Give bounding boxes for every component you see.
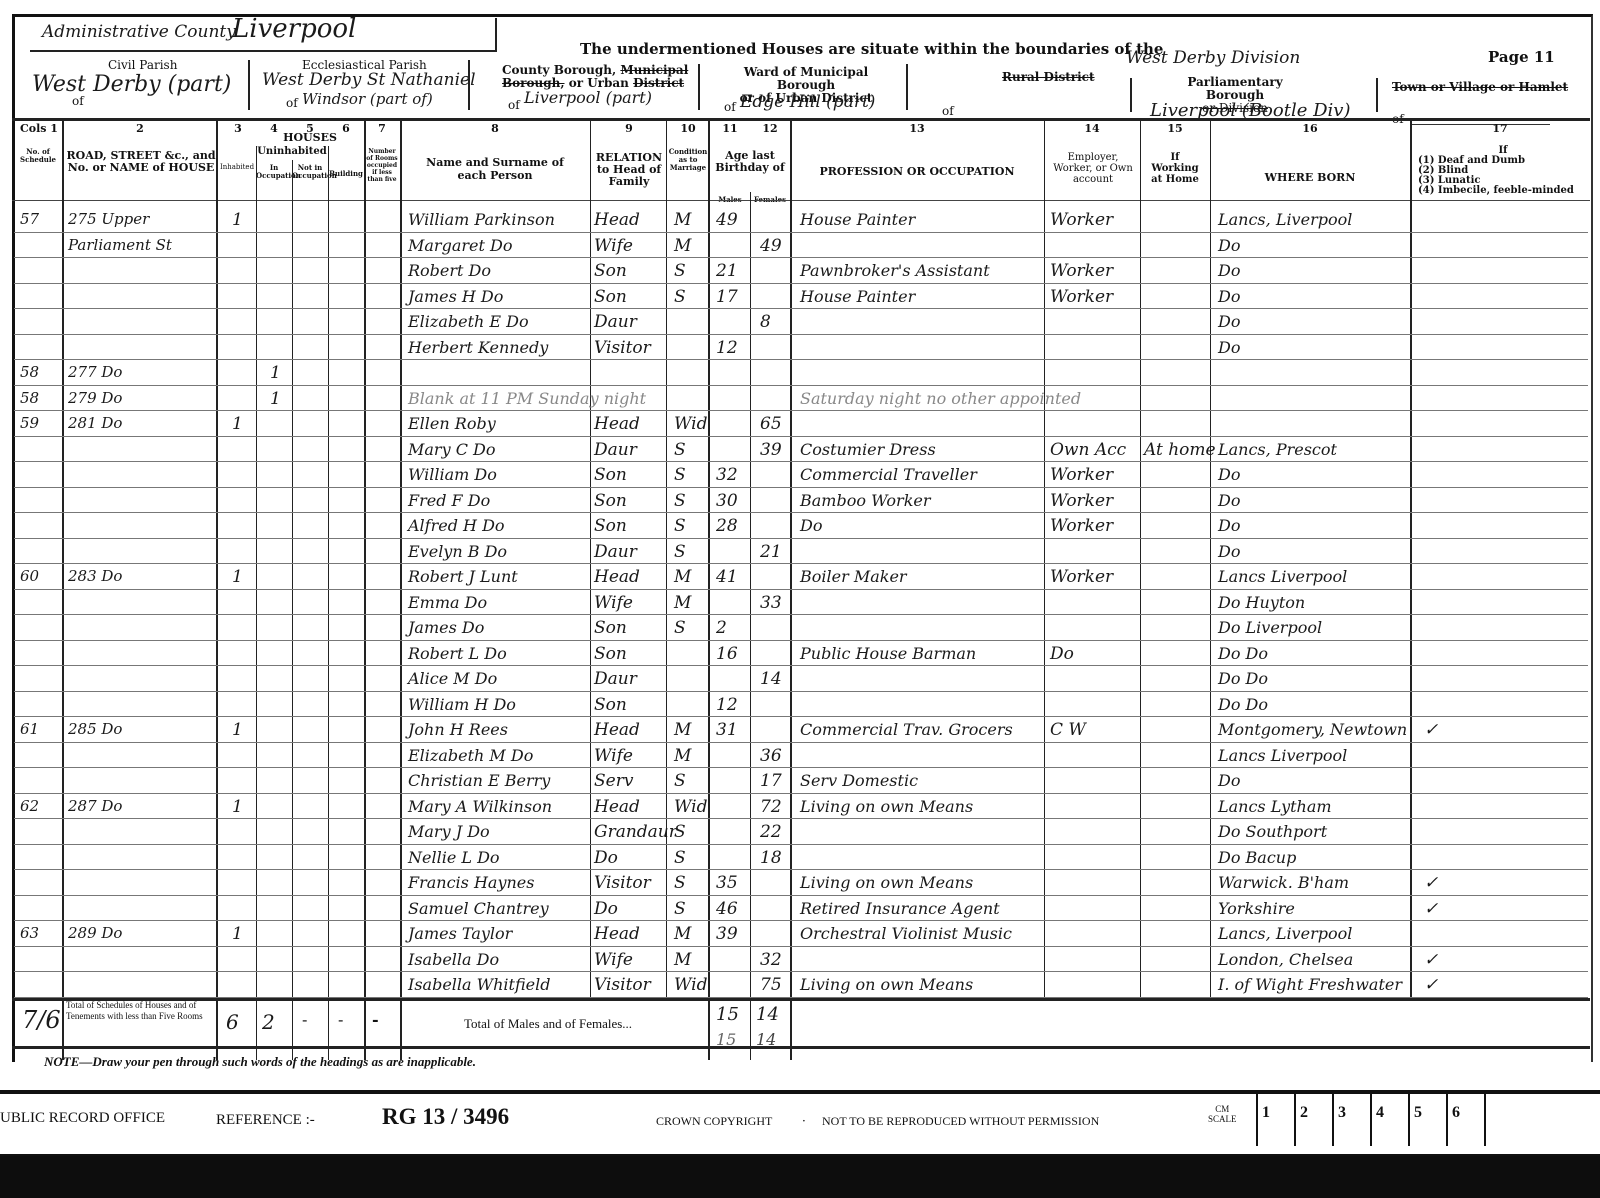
birthplace: Do (1218, 261, 1240, 280)
person-name: James Taylor (408, 924, 512, 943)
relation-to-head: Son (594, 516, 627, 536)
birthplace: Do Liverpool (1218, 618, 1322, 637)
birthplace: Montgomery, Newtown (1218, 720, 1407, 739)
employment-status: Worker (1050, 465, 1113, 485)
totals-females: 14 (756, 1004, 779, 1025)
relation-to-head: Head (594, 414, 640, 434)
marital-condition: S (674, 261, 686, 281)
footer-restriction: NOT TO BE REPRODUCED WITHOUT PERMISSION (822, 1114, 1099, 1129)
relation-to-head: Wife (594, 236, 633, 256)
relation-to-head: Wife (594, 950, 633, 970)
relation-to-head: Serv (594, 771, 633, 791)
row-rule (14, 742, 1588, 743)
birthplace: Do (1218, 287, 1240, 306)
road-address: 283 Do (68, 567, 122, 585)
relation-to-head: Head (594, 210, 640, 230)
totals-uninhabited: 2 (262, 1010, 275, 1034)
female-age: 18 (760, 848, 782, 868)
totals-males-females-label: Total of Males and of Females... (464, 1016, 632, 1032)
census-entries: 57275 Upper1William ParkinsonHeadM49Hous… (0, 0, 1600, 1000)
occupation: Orchestral Violinist Music (800, 924, 1012, 943)
relation-to-head: Head (594, 797, 640, 817)
person-name: Isabella Whitfield (408, 975, 550, 994)
scale-label-cm: CM (1208, 1104, 1237, 1114)
relation-to-head: Do (594, 848, 618, 868)
footer-separator: · (802, 1114, 806, 1128)
totals-dash-c: - (372, 1010, 379, 1029)
birthplace: Do Do (1218, 669, 1268, 688)
marital-condition: M (674, 236, 691, 256)
scale-mark-end (1484, 1094, 1522, 1146)
relation-to-head: Son (594, 465, 627, 485)
marital-condition: M (674, 593, 691, 613)
occupation: Costumier Dress (800, 440, 936, 459)
occupation: Commercial Trav. Grocers (800, 720, 1013, 739)
relation-to-head: Visitor (594, 338, 651, 358)
person-name: Emma Do (408, 593, 487, 612)
marital-condition: S (674, 491, 686, 511)
totals-schedules-label: Total of Schedules of Houses and of Tene… (66, 1000, 212, 1022)
row-rule (14, 793, 1588, 794)
female-age: 65 (760, 414, 782, 434)
row-rule (14, 436, 1588, 437)
person-name: Alfred H Do (408, 516, 505, 535)
row-rule (14, 359, 1588, 360)
male-age: 21 (716, 261, 738, 281)
male-age: 30 (716, 491, 738, 511)
archive-footer: UBLIC RECORD OFFICE REFERENCE :- RG 13 /… (0, 1090, 1600, 1158)
row-rule (14, 308, 1588, 309)
scale-mark-3: 3 (1332, 1094, 1370, 1146)
row-rule (14, 232, 1588, 233)
relation-to-head: Son (594, 261, 627, 281)
marital-condition: M (674, 567, 691, 587)
sheet-bottom-rule (12, 1046, 1590, 1049)
row-rule (14, 844, 1588, 845)
birthplace: Do (1218, 771, 1240, 790)
infirmity-mark: ✓ (1424, 720, 1438, 740)
marital-condition: Wid (674, 975, 708, 995)
totals-rule (12, 998, 1590, 1001)
marital-condition: S (674, 771, 686, 791)
male-age: 39 (716, 924, 738, 944)
schedule-number: 59 (20, 414, 39, 432)
employment-status: C W (1050, 720, 1086, 740)
employment-status: Do (1050, 644, 1074, 664)
schedule-number: 57 (20, 210, 39, 228)
birthplace: Lancs Lytham (1218, 797, 1332, 816)
person-name: Evelyn B Do (408, 542, 507, 561)
person-name: Herbert Kennedy (408, 338, 548, 357)
row-rule (14, 971, 1588, 972)
person-name: Samuel Chantrey (408, 899, 549, 918)
relation-to-head: Head (594, 924, 640, 944)
scale-mark-4: 4 (1370, 1094, 1408, 1146)
person-name: Ellen Roby (408, 414, 496, 433)
person-name: Fred F Do (408, 491, 490, 510)
person-name: Elizabeth M Do (408, 746, 533, 765)
totals-dash-b: - (338, 1010, 343, 1029)
person-name: William H Do (408, 695, 516, 714)
road-address: Parliament St (68, 236, 172, 254)
marital-condition: M (674, 720, 691, 740)
person-name: Alice M Do (408, 669, 497, 688)
employment-status: Own Acc (1050, 440, 1126, 460)
working-at-home: At home (1144, 440, 1216, 460)
marital-condition: Wid (674, 414, 708, 434)
occupation: Retired Insurance Agent (800, 899, 1000, 918)
relation-to-head: Visitor (594, 975, 651, 995)
row-rule (14, 716, 1588, 717)
totals-males: 15 (716, 1004, 739, 1025)
female-age: 8 (760, 312, 771, 332)
row-rule (14, 895, 1588, 896)
road-address: 285 Do (68, 720, 122, 738)
male-age: 41 (716, 567, 738, 587)
male-age: 16 (716, 644, 738, 664)
birthplace: Do (1218, 542, 1240, 561)
birthplace: Lancs Liverpool (1218, 567, 1347, 586)
person-name: Robert J Lunt (408, 567, 518, 586)
person-name: James Do (408, 618, 484, 637)
person-name: Robert L Do (408, 644, 507, 663)
female-age: 21 (760, 542, 782, 562)
person-name: Mary C Do (408, 440, 495, 459)
road-address: 287 Do (68, 797, 122, 815)
birthplace: Do (1218, 338, 1240, 357)
female-age: 36 (760, 746, 782, 766)
occupation: Living on own Means (800, 873, 973, 892)
employment-status: Worker (1050, 287, 1113, 307)
schedule-number: 58 (20, 363, 39, 381)
schedule-number: 60 (20, 567, 39, 585)
row-rule (14, 640, 1588, 641)
birthplace: Do (1218, 465, 1240, 484)
birthplace: Lancs, Prescot (1218, 440, 1337, 459)
relation-to-head: Do (594, 899, 618, 919)
relation-to-head: Visitor (594, 873, 651, 893)
row-rule (14, 538, 1588, 539)
birthplace: Do Bacup (1218, 848, 1296, 867)
uninhabited-mark: 1 (270, 389, 281, 409)
row-rule (14, 946, 1588, 947)
row-rule (14, 385, 1588, 386)
cm-scale: 1 2 3 4 5 6 (1256, 1094, 1600, 1146)
male-age: 17 (716, 287, 738, 307)
marital-condition: S (674, 516, 686, 536)
marital-condition: S (674, 542, 686, 562)
birthplace: Do (1218, 312, 1240, 331)
infirmity-mark: ✓ (1424, 873, 1438, 893)
relation-to-head: Head (594, 720, 640, 740)
marital-condition: M (674, 950, 691, 970)
row-rule (14, 563, 1588, 564)
row-rule (14, 283, 1588, 284)
marital-condition: S (674, 465, 686, 485)
female-age: 32 (760, 950, 782, 970)
occupation: Boiler Maker (800, 567, 907, 586)
relation-to-head: Daur (594, 669, 637, 689)
male-age: 12 (716, 695, 738, 715)
marital-condition: M (674, 924, 691, 944)
female-age: 17 (760, 771, 782, 791)
relation-to-head: Son (594, 695, 627, 715)
occupation: Commercial Traveller (800, 465, 977, 484)
relation-to-head: Daur (594, 312, 637, 332)
instruction-note: NOTE—Draw your pen through such words of… (44, 1054, 476, 1070)
birthplace: Do Southport (1218, 822, 1327, 841)
marital-condition: M (674, 746, 691, 766)
occupation: Pawnbroker's Assistant (800, 261, 990, 280)
employment-status: Worker (1050, 210, 1113, 230)
road-address: 289 Do (68, 924, 122, 942)
infirmity-mark: ✓ (1424, 950, 1438, 970)
birthplace: London, Chelsea (1218, 950, 1353, 969)
female-age: 75 (760, 975, 782, 995)
birthplace: Do Do (1218, 644, 1268, 663)
male-age: 12 (716, 338, 738, 358)
footer-copyright: CROWN COPYRIGHT (656, 1114, 772, 1129)
footer-office: UBLIC RECORD OFFICE (0, 1110, 165, 1127)
relation-to-head: Son (594, 618, 627, 638)
female-age: 72 (760, 797, 782, 817)
person-name: James H Do (408, 287, 503, 306)
employment-status: Worker (1050, 491, 1113, 511)
person-name: Mary A Wilkinson (408, 797, 552, 816)
totals-schedules-count: 7/6 (22, 1006, 61, 1034)
birthplace: Lancs, Liverpool (1218, 924, 1352, 943)
male-age: 31 (716, 720, 738, 740)
person-name: Christian E Berry (408, 771, 550, 790)
row-rule (14, 614, 1588, 615)
occupation: Do (800, 516, 822, 535)
marital-condition: S (674, 618, 686, 638)
person-name: John H Rees (408, 720, 508, 739)
female-age: 33 (760, 593, 782, 613)
scale-mark-5: 5 (1408, 1094, 1446, 1146)
occupation: Living on own Means (800, 797, 973, 816)
male-age: 32 (716, 465, 738, 485)
row-rule (14, 487, 1588, 488)
birthplace: Lancs Liverpool (1218, 746, 1347, 765)
employment-status: Worker (1050, 516, 1113, 536)
male-age: 49 (716, 210, 738, 230)
occupation: Bamboo Worker (800, 491, 931, 510)
schedule-number: 62 (20, 797, 39, 815)
relation-to-head: Head (594, 567, 640, 587)
birthplace: Do Huyton (1218, 593, 1305, 612)
scan-border (0, 1156, 1600, 1198)
person-name: Robert Do (408, 261, 491, 280)
person-name: Francis Haynes (408, 873, 534, 892)
schedule-number: 58 (20, 389, 39, 407)
occupation: House Painter (800, 287, 915, 306)
occupation: Serv Domestic (800, 771, 918, 790)
row-rule (14, 818, 1588, 819)
uninhabited-mark: 1 (270, 363, 281, 383)
birthplace: Warwick. B'ham (1218, 873, 1349, 892)
relation-to-head: Son (594, 491, 627, 511)
footer-scale-label: CM SCALE (1208, 1104, 1237, 1124)
scale-mark-1: 1 (1256, 1094, 1294, 1146)
footer-reference-label: REFERENCE :- (216, 1112, 315, 1129)
marital-condition: S (674, 899, 686, 919)
row-rule (14, 869, 1588, 870)
inhabited-mark: 1 (232, 414, 243, 434)
female-age: 39 (760, 440, 782, 460)
schedule-number: 61 (20, 720, 39, 738)
marital-condition: S (674, 873, 686, 893)
footer-reference-value: RG 13 / 3496 (382, 1104, 509, 1130)
marital-condition: S (674, 440, 686, 460)
relation-to-head: Grandaur (594, 822, 677, 842)
occupation: Living on own Means (800, 975, 973, 994)
row-rule (14, 410, 1588, 411)
row-rule (14, 334, 1588, 335)
schedule-number: 63 (20, 924, 39, 942)
totals-dash-a: - (302, 1010, 307, 1029)
road-address: 281 Do (68, 414, 122, 432)
female-age: 49 (760, 236, 782, 256)
birthplace: Yorkshire (1218, 899, 1295, 918)
inhabited-mark: 1 (232, 720, 243, 740)
person-name: Elizabeth E Do (408, 312, 529, 331)
birthplace: I. of Wight Freshwater (1218, 975, 1402, 994)
relation-to-head: Wife (594, 746, 633, 766)
male-age: 35 (716, 873, 738, 893)
totals-inhabited: 6 (226, 1010, 239, 1034)
row-rule (14, 691, 1588, 692)
birthplace: Do (1218, 491, 1240, 510)
male-age: 46 (716, 899, 738, 919)
female-age: 14 (760, 669, 782, 689)
inhabited-mark: 1 (232, 210, 243, 230)
row-rule (14, 920, 1588, 921)
road-address: 277 Do (68, 363, 122, 381)
person-name: Nellie L Do (408, 848, 500, 867)
relation-to-head: Daur (594, 440, 637, 460)
occupation: Public House Barman (800, 644, 976, 663)
male-age: 28 (716, 516, 738, 536)
relation-to-head: Wife (594, 593, 633, 613)
marital-condition: Wid (674, 797, 708, 817)
employment-status: Worker (1050, 567, 1113, 587)
road-address: 279 Do (68, 389, 122, 407)
occupation: Saturday night no other appointed (800, 389, 1081, 408)
birthplace: Do Do (1218, 695, 1268, 714)
row-rule (14, 257, 1588, 258)
marital-condition: S (674, 848, 686, 868)
relation-to-head: Son (594, 287, 627, 307)
female-age: 22 (760, 822, 782, 842)
row-rule (14, 589, 1588, 590)
scale-label-scale: SCALE (1208, 1114, 1237, 1124)
person-name: Blank at 11 PM Sunday night (408, 389, 646, 408)
row-rule (14, 665, 1588, 666)
employment-status: Worker (1050, 261, 1113, 281)
row-rule (14, 512, 1588, 513)
scale-mark-2: 2 (1294, 1094, 1332, 1146)
person-name: William Do (408, 465, 497, 484)
person-name: William Parkinson (408, 210, 555, 229)
row-rule (14, 461, 1588, 462)
male-age: 2 (716, 618, 727, 638)
inhabited-mark: 1 (232, 924, 243, 944)
scale-mark-6: 6 (1446, 1094, 1484, 1146)
inhabited-mark: 1 (232, 797, 243, 817)
infirmity-mark: ✓ (1424, 899, 1438, 919)
infirmity-mark: ✓ (1424, 975, 1438, 995)
marital-condition: S (674, 287, 686, 307)
marital-condition: S (674, 822, 686, 842)
road-address: 275 Upper (68, 210, 149, 228)
row-rule (14, 767, 1588, 768)
inhabited-mark: 1 (232, 567, 243, 587)
birthplace: Lancs, Liverpool (1218, 210, 1352, 229)
relation-to-head: Daur (594, 542, 637, 562)
relation-to-head: Son (594, 644, 627, 664)
person-name: Isabella Do (408, 950, 499, 969)
birthplace: Do (1218, 516, 1240, 535)
occupation: House Painter (800, 210, 915, 229)
marital-condition: M (674, 210, 691, 230)
birthplace: Do (1218, 236, 1240, 255)
person-name: Margaret Do (408, 236, 512, 255)
person-name: Mary J Do (408, 822, 490, 841)
